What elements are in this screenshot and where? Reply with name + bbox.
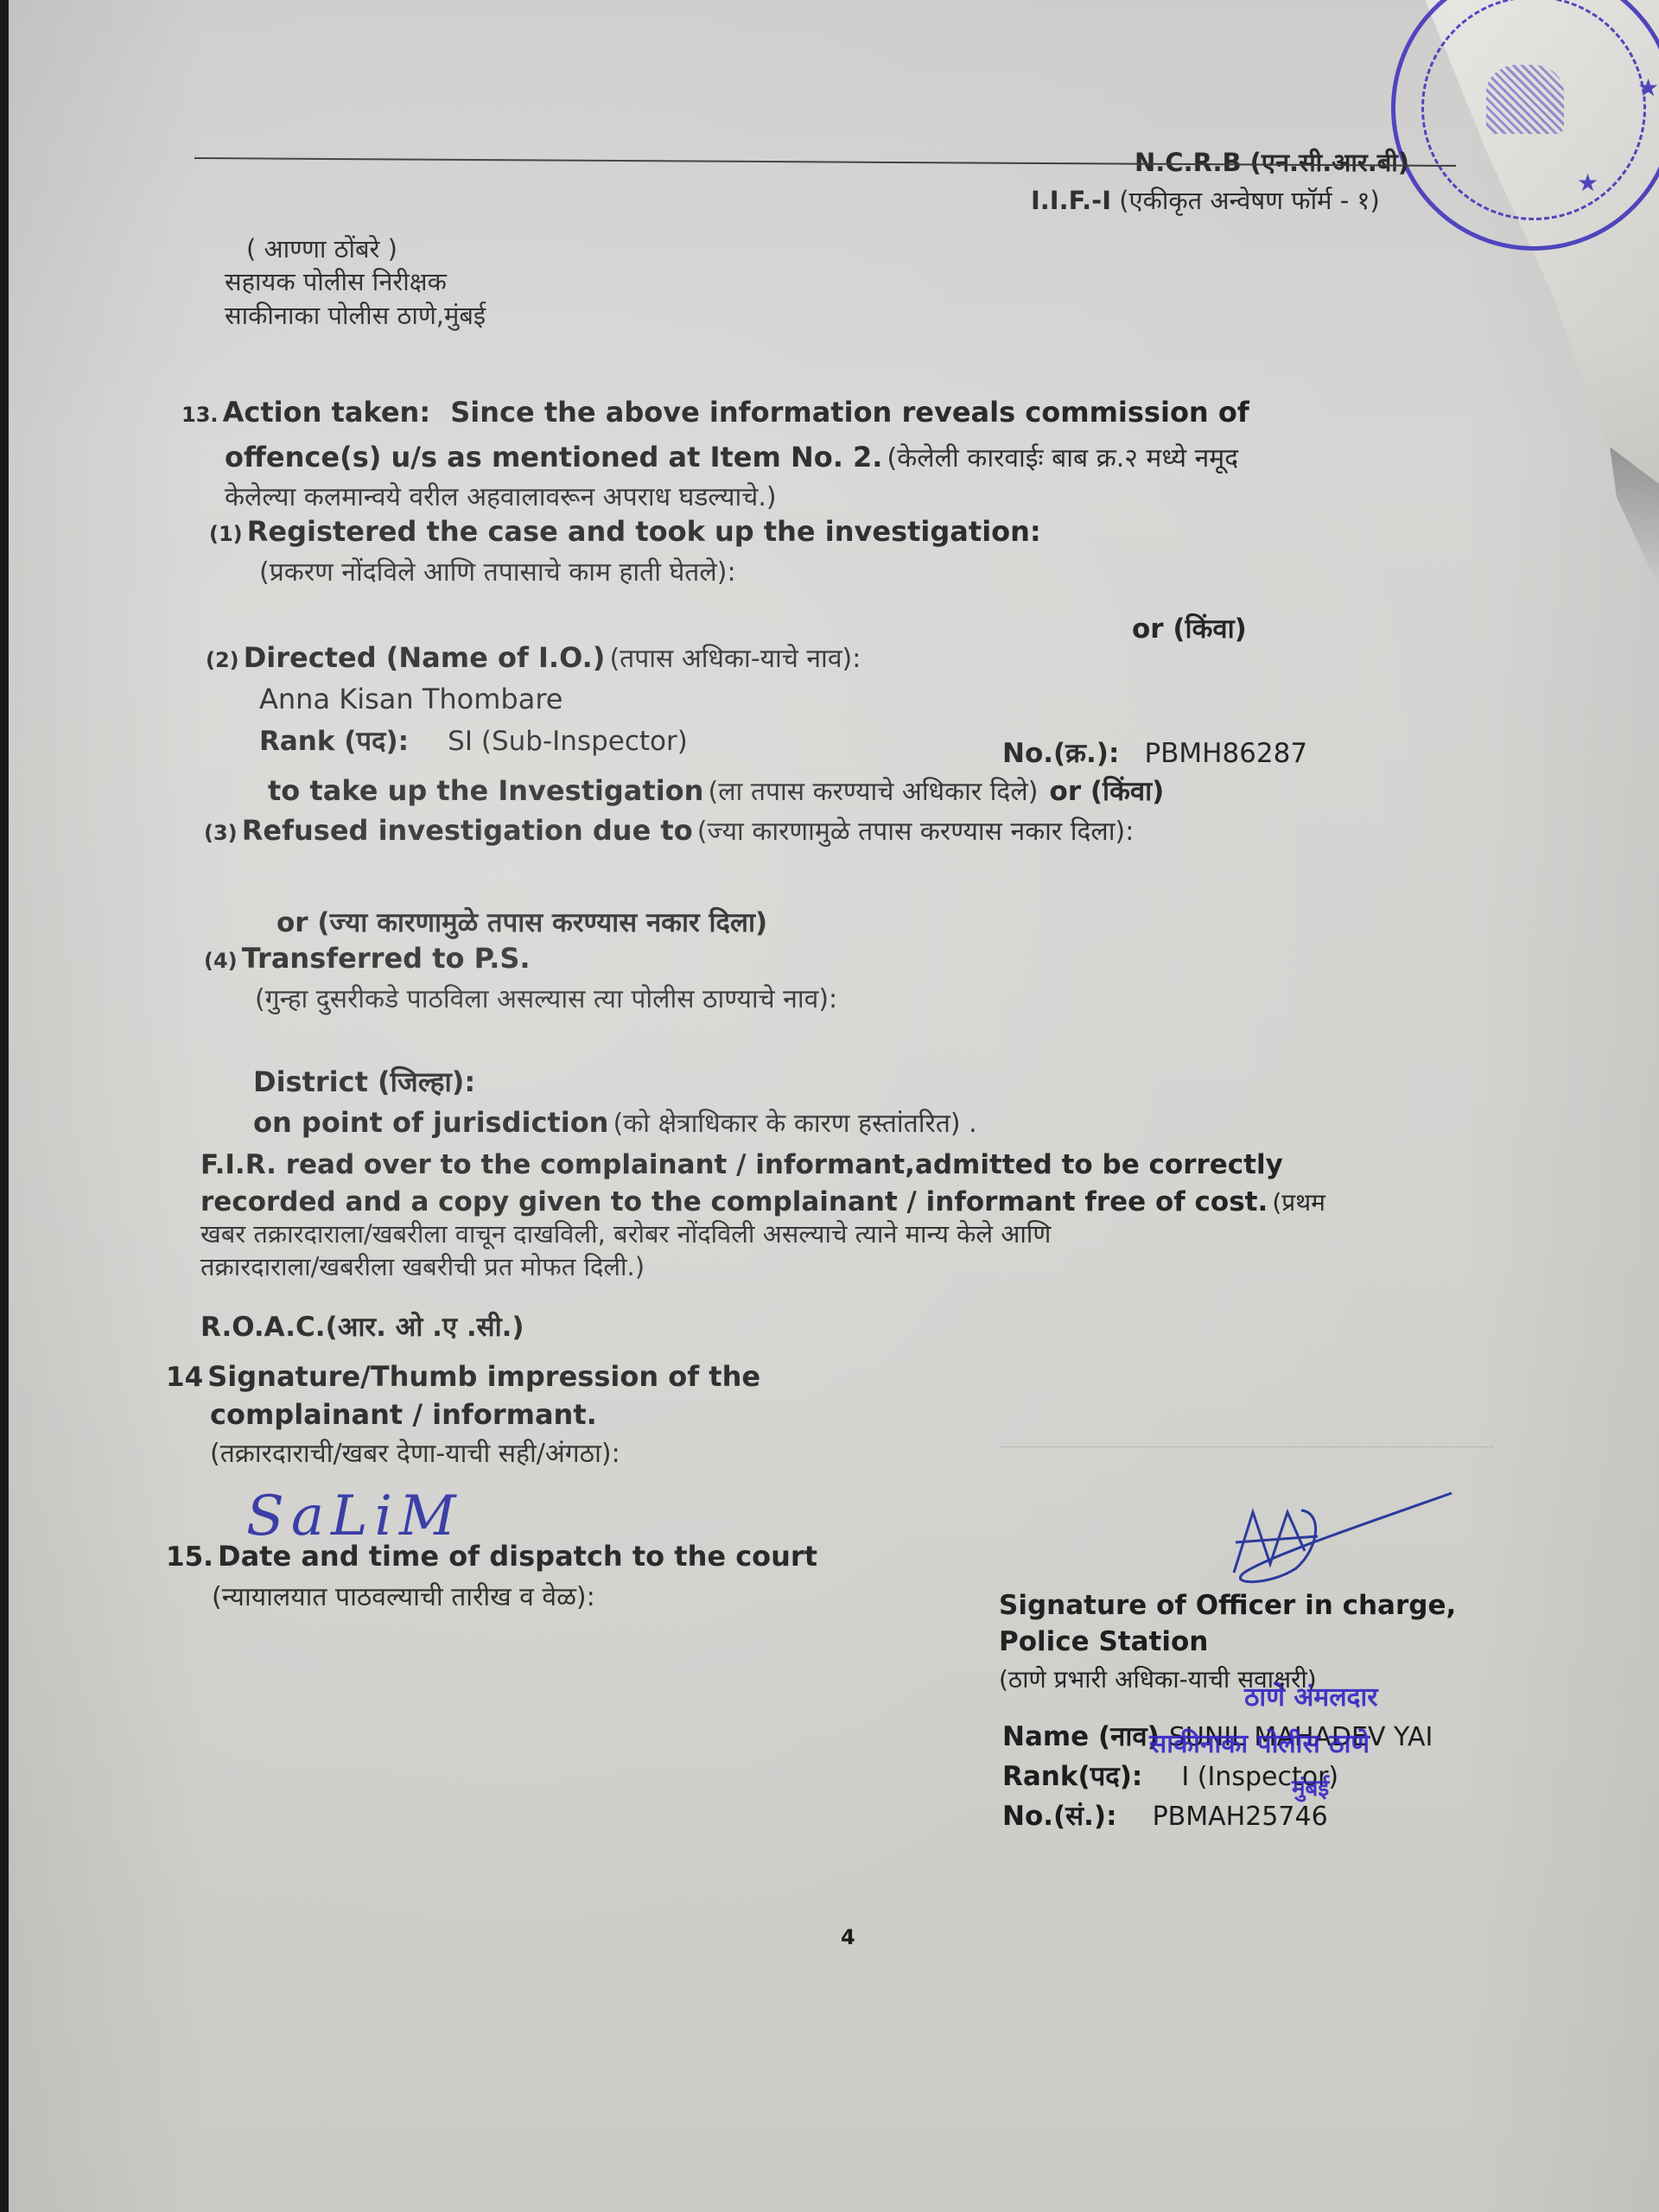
section-13-text: Since the above information reveals comm…	[450, 396, 1249, 429]
section-14-line2: complainant / informant.	[210, 1398, 597, 1431]
police-seal-stamp-icon: ★ ★	[1391, 0, 1659, 251]
stamp-officer-name: ( आण्णा ठोंबरे )	[246, 232, 397, 265]
fir-read-mr: (प्रथम	[1272, 1188, 1325, 1217]
section-number: 15.	[166, 1541, 213, 1573]
no-value: PBMH86287	[1144, 738, 1307, 769]
or-text: or (किंवा)	[1050, 776, 1165, 807]
io-rank: Rank (पद): SI (Sub-Inspector)	[259, 722, 688, 759]
emblem-icon	[1486, 65, 1564, 134]
iif-code: I.I.F.-I	[1031, 186, 1111, 215]
iif-header: I.I.F.-I (एकीकृत अन्वेषण फॉर्म - १)	[1031, 183, 1380, 217]
item-2-label: (2) Directed (Name of I.O.) (तपास अधिका-…	[206, 639, 861, 675]
section-15-label: 15. Date and time of dispatch to the cou…	[166, 1540, 817, 1573]
jurisdiction-line: on point of jurisdiction (को क्षेत्राधिक…	[253, 1104, 977, 1140]
section-number: 14	[166, 1362, 203, 1393]
item-1-or: or (किंवा)	[1132, 610, 1247, 646]
item-3-label: (3) Refused investigation due to (ज्या क…	[204, 812, 1134, 848]
section-13-line3: केलेल्या कलमान्वये वरील अहवालावरून अपराध…	[225, 478, 777, 513]
page-number: 4	[841, 1925, 855, 1949]
item-number: (3)	[204, 821, 238, 845]
iif-marathi: (एकीकृत अन्वेषण फॉर्म - १)	[1119, 186, 1380, 215]
jurisdiction-en: on point of jurisdiction	[253, 1106, 608, 1139]
signature-dotted-line	[1001, 1446, 1493, 1448]
jurisdiction-mr: (को क्षेत्राधिकार के कारण हस्तांतरित) .	[613, 1109, 977, 1139]
rank-value: SI (Sub-Inspector)	[448, 726, 688, 757]
ncrb-header: N.C.R.B (एन.सी.आर.बी)	[1135, 145, 1409, 179]
take-up-mr: (ला तपास करण्याचे अधिकार दिले)	[709, 777, 1039, 807]
rank-label: Rank(पद):	[1002, 1761, 1142, 1792]
take-up-investigation: to take up the Investigation (ला तपास कर…	[268, 772, 1164, 809]
item-2-marathi: (तपास अधिका-याचे नाव):	[609, 644, 861, 674]
item-3-or: or (ज्या कारणामुळे तपास करण्यास नकार दिल…	[276, 904, 767, 940]
item-3-marathi: (ज्या कारणामुळे तपास करण्यास नकार दिला):	[697, 817, 1135, 847]
complainant-signature: SaLiM	[246, 1484, 463, 1548]
district-label: District (जिल्हा):	[253, 1063, 475, 1100]
section-13-line1: 13. Action taken: Since the above inform…	[181, 396, 1249, 429]
stamp-officer-designation: सहायक पोलीस निरीक्षक	[225, 264, 447, 298]
officer-number: No.(सं.): PBMAH25746	[1002, 1797, 1328, 1834]
item-number: (2)	[206, 648, 239, 672]
roac: R.O.A.C.(आर. ओ .ए .सी.)	[200, 1308, 524, 1344]
no-value: PBMAH25746	[1153, 1802, 1328, 1832]
stamp-overlay-sakinaka: साकीनाका पोलीस ठाणे	[1149, 1725, 1370, 1760]
section-13-line2: offence(s) u/s as mentioned at Item No. …	[225, 439, 1238, 474]
or-text: or (किंवा)	[1132, 613, 1247, 645]
section-number: 13.	[181, 403, 219, 427]
no-label: No.(क्र.):	[1002, 738, 1119, 769]
section-14-title: Signature/Thumb impression of the	[207, 1360, 760, 1393]
take-up-en: to take up the Investigation	[268, 774, 703, 807]
item-4-label: (4) Transferred to P.S.	[204, 942, 531, 975]
or-text: or (ज्या कारणामुळे तपास करण्यास नकार दिल…	[276, 907, 767, 938]
item-number: (4)	[204, 949, 238, 973]
document-page: ★ ★ N.C.R.B (एन.सी.आर.बी) I.I.F.-I (एकीक…	[9, 0, 1659, 2212]
item-1-label: (1) Registered the case and took up the …	[209, 515, 1041, 548]
star-icon: ★	[1637, 73, 1659, 102]
item-4-text: Transferred to P.S.	[242, 942, 531, 975]
section-15-title: Date and time of dispatch to the court	[218, 1540, 817, 1573]
io-number: No.(क्र.): PBMH86287	[1002, 734, 1307, 771]
stamp-overlay-thane-amaldar: ठाणे अंमलदार	[1244, 1678, 1378, 1713]
fir-read-line3: खबर तक्रारदाराला/खबरीला वाचून दाखविली, ब…	[200, 1217, 1051, 1250]
officer-title-line1: Signature of Officer in charge,	[999, 1590, 1456, 1621]
rank-label: Rank (पद):	[259, 726, 409, 757]
officer-rank: Rank(पद): I (Inspector)	[1002, 1758, 1338, 1794]
fir-read-en: recorded and a copy given to the complai…	[200, 1186, 1268, 1217]
item-1-marathi: (प्रकरण नोंदविले आणि तपासाचे काम हाती घे…	[259, 553, 736, 588]
item-1-text: Registered the case and took up the inve…	[247, 515, 1041, 548]
section-13-title: Action taken:	[223, 396, 431, 429]
section-14-marathi: (तक्रारदाराची/खबर देणा-याची सही/अंगठा):	[210, 1434, 620, 1470]
no-label: No.(सं.):	[1002, 1801, 1116, 1832]
item-3-text: Refused investigation due to	[242, 814, 693, 847]
officer-signature-icon	[1218, 1486, 1478, 1590]
io-name-value: Anna Kisan Thombare	[259, 683, 563, 715]
section-14-line1: 14 Signature/Thumb impression of the	[166, 1360, 760, 1393]
section-15-marathi: (न्यायालयात पाठवल्याची तारीख व वेळ):	[212, 1578, 595, 1613]
item-4-marathi: (गुन्हा दुसरीकडे पाठविला असल्यास त्या पो…	[255, 980, 837, 1015]
fir-read-line2: recorded and a copy given to the complai…	[200, 1185, 1325, 1218]
star-icon: ★	[1577, 168, 1599, 197]
officer-title-line2: Police Station	[999, 1626, 1208, 1657]
name-label: Name (नाव)	[1002, 1721, 1160, 1752]
item-number: (1)	[209, 522, 243, 546]
item-2-text: Directed (Name of I.O.)	[244, 641, 606, 674]
fir-read-line4: तक्रारदाराला/खबरीला खबरीची प्रत मोफत दिल…	[200, 1249, 645, 1283]
section-13-text-mr: (केलेली कारवाईः बाब क्र.२ मध्ये नमूद	[887, 443, 1239, 474]
stamp-officer-station: साकीनाका पोलीस ठाणे,मुंबई	[225, 298, 486, 332]
fir-read-line1: F.I.R. read over to the complainant / in…	[200, 1149, 1283, 1180]
section-13-text-en: offence(s) u/s as mentioned at Item No. …	[225, 441, 882, 474]
